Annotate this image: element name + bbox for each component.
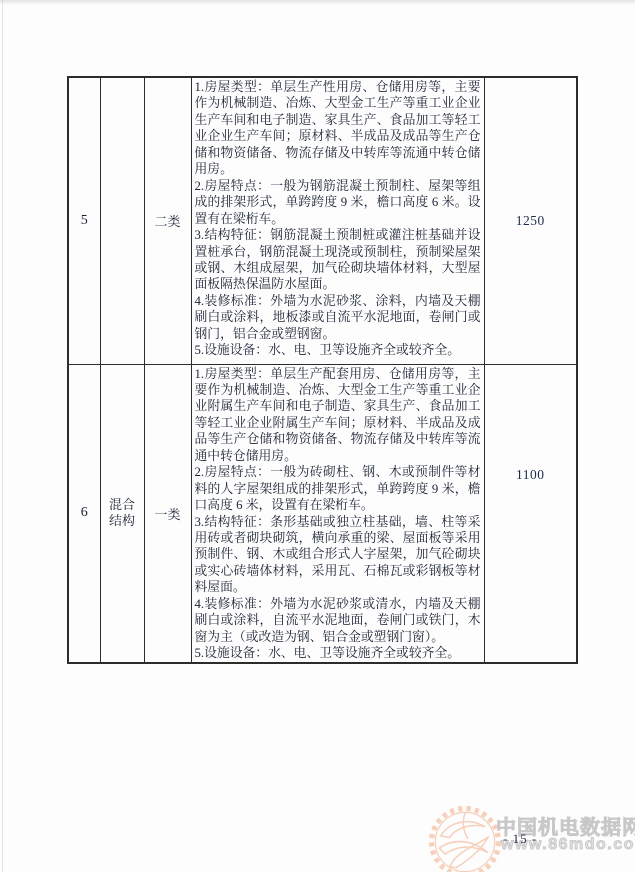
- description-item: 2.房屋特点：一般为砖砌柱、钢、木或预制件等材料的人字屋架组成的排架形式，单跨跨…: [195, 464, 481, 513]
- scan-artifact-left: [2, 0, 3, 872]
- price-cell: 1100: [484, 364, 577, 663]
- description-item: 4.装修标准：外墙为水泥砂浆、涂料，内墙及天棚刷白或涂料，地板漆或自流平水泥地面…: [195, 293, 481, 342]
- description-item: 1.房屋类型：单层生产配套用房、仓储用房等，主要作为机械制造、冶炼、大型金工生产…: [195, 366, 481, 465]
- row-number-cell: 5: [68, 77, 100, 364]
- building-valuation-table: 5 二类 1.房屋类型：单层生产性用房、仓储用房等，主要作为机械制造、冶炼、大型…: [67, 76, 578, 664]
- category-cell: 二类: [144, 77, 191, 364]
- description-item: 5.设施设备：水、电、卫等设施齐全或较齐全。: [195, 645, 481, 661]
- description-item: 3.结构特征：钢筋混凝土预制桩或灌注桩基础并设置桩承台，钢筋混凝土现浇或预制柱，…: [195, 227, 481, 293]
- description-item: 5.设施设备：水、电、卫等设施齐全或较齐全。: [195, 342, 481, 358]
- description-cell: 1.房屋类型：单层生产性用房、仓储用房等，主要作为机械制造、冶炼、大型金工生产等…: [191, 77, 484, 364]
- row-number-cell: 6: [68, 364, 100, 663]
- page-number: - 15 -: [503, 831, 537, 847]
- category-cell: 一类: [144, 364, 191, 663]
- price-value: 1100: [516, 467, 545, 483]
- description-cell: 1.房屋类型：单层生产配套用房、仓储用房等，主要作为机械制造、冶炼、大型金工生产…: [191, 364, 484, 663]
- structure-type-label: 混合结构: [108, 497, 136, 529]
- description-item: 1.房屋类型：单层生产性用房、仓储用房等，主要作为机械制造、冶炼、大型金工生产等…: [195, 79, 481, 178]
- description-item: 2.房屋特点：一般为钢筋混凝土预制柱、屋架等组成的排架形式，单跨跨度 9 米，檐…: [195, 178, 481, 227]
- structure-type-cell: 混合结构: [100, 364, 144, 663]
- document-page: { "page": { "number": "- 15 -" }, "color…: [0, 0, 635, 872]
- gear-logo-icon: [427, 804, 503, 872]
- scan-artifact-top: [0, 0, 635, 5]
- description-item: 4.装修标准：外墙为水泥砂浆或清水，内墙及天棚刷白或涂料，自流平水泥地面，卷闸门…: [195, 596, 481, 645]
- table-row: 6 混合结构 一类 1.房屋类型：单层生产配套用房、仓储用房等，主要作为机械制造…: [68, 364, 577, 663]
- table-row: 5 二类 1.房屋类型：单层生产性用房、仓储用房等，主要作为机械制造、冶炼、大型…: [68, 77, 577, 364]
- description-item: 3.结构特征：条形基础或独立柱基础，墙、柱等采用砖或者砌块砌筑，横向承重的梁、屋…: [195, 514, 481, 596]
- structure-type-cell: [100, 77, 144, 364]
- price-cell: 1250: [484, 77, 577, 364]
